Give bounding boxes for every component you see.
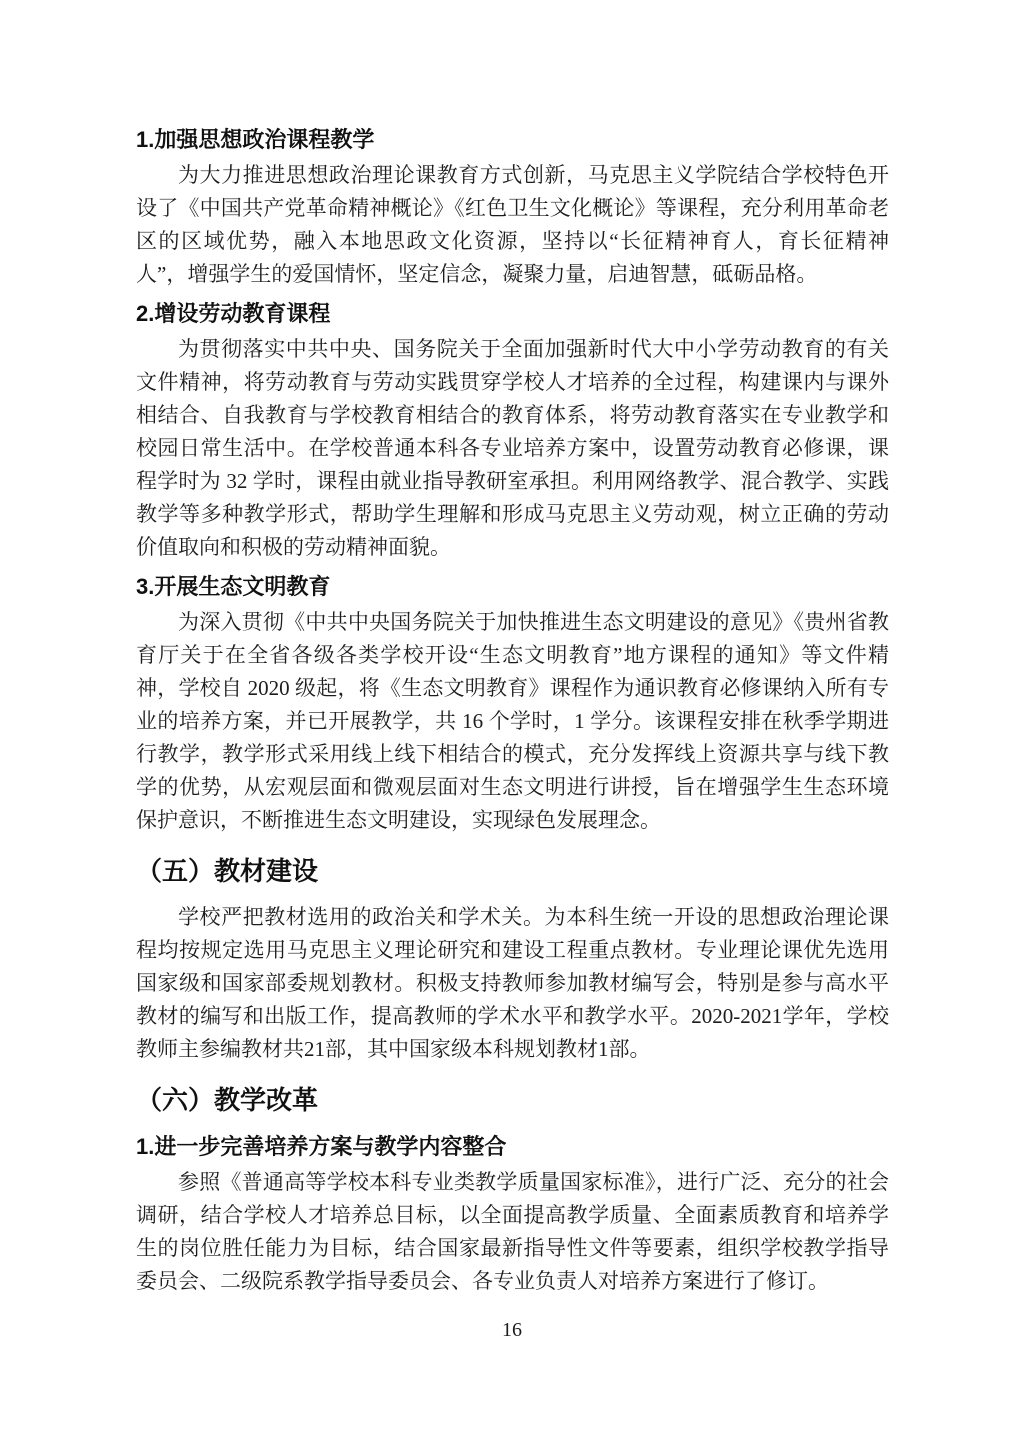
heading-section-6-teaching-reform: （六）教学改革 xyxy=(136,1080,889,1120)
paragraph-textbook-construction: 学校严把教材选用的政治关和学术关。为本科生统一开设的思想政治理论课程均按规定选用… xyxy=(136,901,889,1066)
heading-1-training-plan-integration: 1.进一步完善培养方案与教学内容整合 xyxy=(136,1130,889,1164)
document-page: 1.加强思想政治课程教学 为大力推进思想政治理论课教育方式创新，马克思主义学院结… xyxy=(0,0,1024,1448)
document-content: 1.加强思想政治课程教学 为大力推进思想政治理论课教育方式创新，马克思主义学院结… xyxy=(136,123,889,1298)
paragraph-labor-education: 为贯彻落实中共中央、国务院关于全面加强新时代大中小学劳动教育的有关文件精神，将劳… xyxy=(136,333,889,564)
heading-2-labor-education: 2.增设劳动教育课程 xyxy=(136,297,889,331)
heading-1-political-courses: 1.加强思想政治课程教学 xyxy=(136,123,889,157)
paragraph-training-plan-integration: 参照《普通高等学校本科专业类教学质量国家标准》，进行广泛、充分的社会调研，结合学… xyxy=(136,1166,889,1298)
page-number: 16 xyxy=(0,1318,1024,1342)
paragraph-political-courses: 为大力推进思想政治理论课教育方式创新，马克思主义学院结合学校特色开设了《中国共产… xyxy=(136,159,889,291)
heading-section-5-textbook-construction: （五）教材建设 xyxy=(136,851,889,891)
heading-3-eco-civilization-education: 3.开展生态文明教育 xyxy=(136,570,889,604)
paragraph-eco-civilization-education: 为深入贯彻《中共中央国务院关于加快推进生态文明建设的意见》《贵州省教育厅关于在全… xyxy=(136,606,889,837)
